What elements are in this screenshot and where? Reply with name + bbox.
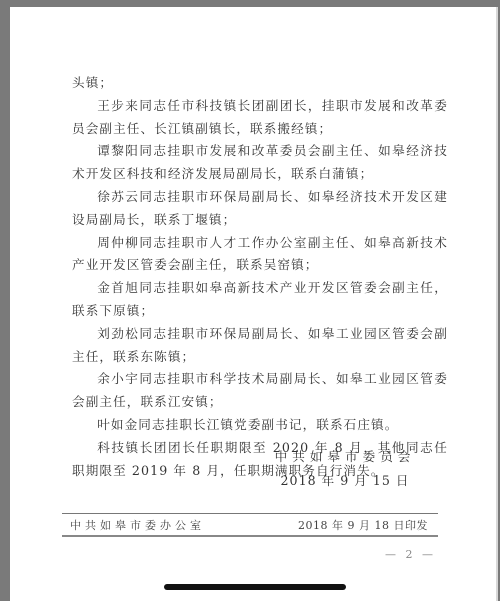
signature-date: 2018 年 9 月 15 日 xyxy=(260,469,430,493)
footer-divider-top xyxy=(62,513,438,514)
paragraph: 周仲柳同志挂职市人才工作办公室副主任、如皋高新技术产业开发区管委会副主任，联系吴… xyxy=(72,232,448,278)
document-page: 头镇； 王步来同志任市科技镇长团副团长，挂职市发展和改革委员会副主任、长江镇副镇… xyxy=(10,7,498,601)
paragraph: 徐苏云同志挂职市环保局副局长、如皋经济技术开发区建设局副局长，联系丁堰镇； xyxy=(72,186,448,232)
document-body: 头镇； 王步来同志任市科技镇长团副团长，挂职市发展和改革委员会副主任、长江镇副镇… xyxy=(72,72,448,482)
paragraph: 余小宇同志挂职市科学技术局副局长、如皋工业园区管委会副主任，联系江安镇； xyxy=(72,368,448,414)
signature-block: 中共如皋市委员会 2018 年 9 月 15 日 xyxy=(260,445,430,493)
paragraph: 王步来同志任市科技镇长团副团长，挂职市发展和改革委员会副主任、长江镇副镇长，联系… xyxy=(72,95,448,141)
footer-issuer: 中共如皋市委办公室 xyxy=(62,517,205,533)
footer-issue-line: 中共如皋市委办公室 2018 年 9 月 18 日印发 xyxy=(62,517,438,533)
footer-divider-bottom xyxy=(62,535,438,537)
paragraph: 谭黎阳同志挂职市发展和改革委员会副主任、如皋经济技术开发区科技和经济发展局副局长… xyxy=(72,140,448,186)
paragraph: 头镇； xyxy=(72,72,448,95)
page-number: — 2 — xyxy=(385,548,436,561)
paragraph: 金首旭同志挂职如皋高新技术产业开发区管委会副主任，联系下原镇； xyxy=(72,277,448,323)
signature-organization: 中共如皋市委员会 xyxy=(260,445,430,469)
footer-issue-date: 2018 年 9 月 18 日印发 xyxy=(298,517,438,533)
paragraph: 叶如金同志挂职长江镇党委副书记，联系石庄镇。 xyxy=(72,414,448,437)
paragraph: 刘劲松同志挂职市环保局副局长、如皋工业园区管委会副主任，联系东陈镇； xyxy=(72,323,448,369)
home-indicator-bar[interactable] xyxy=(164,584,346,590)
